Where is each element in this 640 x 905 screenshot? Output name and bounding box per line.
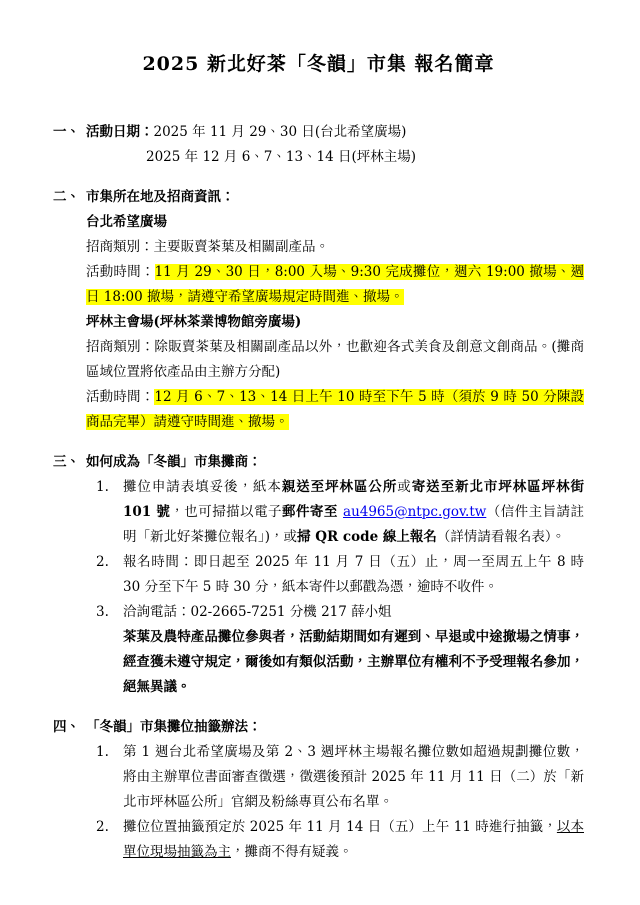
apply-item-3-number: 3. (96, 600, 123, 625)
section-3-heading: 如何成為「冬韻」市集攤商： (86, 450, 584, 475)
document-title: 2025 新北好茶「冬韻」市集 報名簡章 (53, 50, 584, 78)
venue-1-time: 活動時間：11 月 29、30 日，8:00 入場、9:30 完成攤位，週六 1… (86, 260, 584, 310)
venue-2-time: 活動時間：12 月 6、7、13、14 日上午 10 時至下午 5 時（須於 9… (86, 385, 584, 435)
venue-pinglin-main: 坪林主會場(坪林茶業博物館旁廣場) 招商類別：除販賣茶葉及相關副產品以外，也歡迎… (86, 310, 584, 435)
email-link[interactable]: au4965@ntpc.gov.tw (343, 504, 486, 520)
apply-item-1-qrcode-bold: 掃 QR code 線上報名 (297, 529, 437, 545)
section-4-number: 四、 (53, 715, 86, 740)
section-how-to-apply: 三、 如何成為「冬韻」市集攤商： 1. 攤位申請表填妥後，紙本親送至坪林區公所或… (53, 450, 584, 700)
section-4-heading: 「冬韻」市集攤位抽籤辦法： (86, 715, 584, 740)
venue-1-name: 台北希望廣場 (86, 210, 584, 235)
lottery-item-2-seg1: 攤位位置抽籤預定於 2025 年 11 月 14 日（五）上午 11 時進行抽籤… (123, 819, 557, 835)
lottery-item-2-number: 2. (96, 815, 123, 840)
venue-1-time-label: 活動時間： (86, 264, 155, 280)
venue-2-name: 坪林主會場(坪林茶業博物館旁廣場) (86, 310, 584, 335)
apply-item-3-text: 洽詢電話：02-2665-7251 分機 217 薛小姐 (123, 600, 584, 625)
venue-1-category: 招商類別：主要販賣茶葉及相關副產品。 (86, 235, 584, 260)
lottery-item-1: 1. 第 1 週台北希望廣場及第 2、3 週坪林主場報名攤位數如超過規劃攤位數，… (96, 740, 584, 815)
apply-item-1-seg10: （詳情請看報名表）。 (437, 529, 565, 545)
venue-taipei-hope-plaza: 台北希望廣場 招商類別：主要販賣茶葉及相關副產品。 活動時間：11 月 29、3… (86, 210, 584, 310)
document-page: 2025 新北好茶「冬韻」市集 報名簡章 一、 活動日期：2025 年 11 月… (0, 0, 640, 905)
section-venue-info: 二、 市集所在地及招商資訊： 台北希望廣場 招商類別：主要販賣茶葉及相關副產品。… (53, 185, 584, 435)
section-event-dates: 一、 活動日期：2025 年 11 月 29、30 日(台北希望廣場) 2025… (53, 120, 584, 170)
apply-item-3: 3. 洽詢電話：02-2665-7251 分機 217 薛小姐 (96, 600, 584, 625)
venue-2-category: 招商類別：除販賣茶葉及相關副產品以外，也歡迎各式美食及創意文創商品。(攤商區域位… (86, 335, 584, 385)
event-dates-line-1: 活動日期：2025 年 11 月 29、30 日(台北希望廣場) (86, 120, 584, 145)
section-2-number: 二、 (53, 185, 86, 210)
section-1-number: 一、 (53, 120, 86, 145)
penalty-note-bold: 茶葉及農特產品攤位參與者，活動結期間如有遲到、早退或中途撤場之情事，經查獲未遵守… (86, 625, 584, 700)
apply-item-1-deliver-bold: 親送至坪林區公所 (282, 479, 397, 495)
lottery-item-2: 2. 攤位位置抽籤預定於 2025 年 11 月 14 日（五）上午 11 時進… (96, 815, 584, 865)
venue-2-time-label: 活動時間： (86, 389, 154, 405)
event-dates-value-1: 2025 年 11 月 29、30 日(台北希望廣場) (154, 124, 407, 140)
lottery-item-2-text: 攤位位置抽籤預定於 2025 年 11 月 14 日（五）上午 11 時進行抽籤… (123, 815, 584, 865)
apply-item-1-seg1: 攤位申請表填妥後，紙本 (123, 479, 282, 495)
section-lottery-rules: 四、 「冬韻」市集攤位抽籤辦法： 1. 第 1 週台北希望廣場及第 2、3 週坪… (53, 715, 584, 865)
apply-item-1-seg3: 或 (397, 479, 411, 495)
event-dates-label: 活動日期： (86, 124, 154, 140)
venue-2-time-highlighted: 12 月 6、7、13、14 日上午 10 時至下午 5 時（須於 9 時 50… (86, 389, 584, 430)
apply-item-2: 2. 報名時間：即日起至 2025 年 11 月 7 日（五）止，周一至周五上午… (96, 550, 584, 600)
apply-item-1-seg5: ，也可掃描以電子 (170, 504, 282, 520)
section-2-heading: 市集所在地及招商資訊： (86, 185, 584, 210)
apply-item-2-text: 報名時間：即日起至 2025 年 11 月 7 日（五）止，周一至周五上午 8 … (123, 550, 584, 600)
lottery-item-1-text: 第 1 週台北希望廣場及第 2、3 週坪林主場報名攤位數如超過規劃攤位數，將由主… (123, 740, 584, 815)
apply-item-1: 1. 攤位申請表填妥後，紙本親送至坪林區公所或寄送至新北市坪林區坪林街 101 … (96, 475, 584, 550)
event-dates-line-2: 2025 年 12 月 6、7、13、14 日(坪林主場) (86, 145, 584, 170)
apply-item-1-text: 攤位申請表填妥後，紙本親送至坪林區公所或寄送至新北市坪林區坪林街 101 號，也… (123, 475, 584, 550)
lottery-item-2-seg3: ，攤商不得有疑義。 (231, 844, 353, 860)
lottery-item-1-number: 1. (96, 740, 123, 765)
apply-item-1-email-bold: 郵件寄至 (282, 504, 343, 520)
apply-item-1-number: 1. (96, 475, 123, 500)
section-3-number: 三、 (53, 450, 86, 475)
apply-item-2-number: 2. (96, 550, 123, 575)
venue-1-time-highlighted: 11 月 29、30 日，8:00 入場、9:30 完成攤位，週六 19:00 … (86, 264, 584, 305)
